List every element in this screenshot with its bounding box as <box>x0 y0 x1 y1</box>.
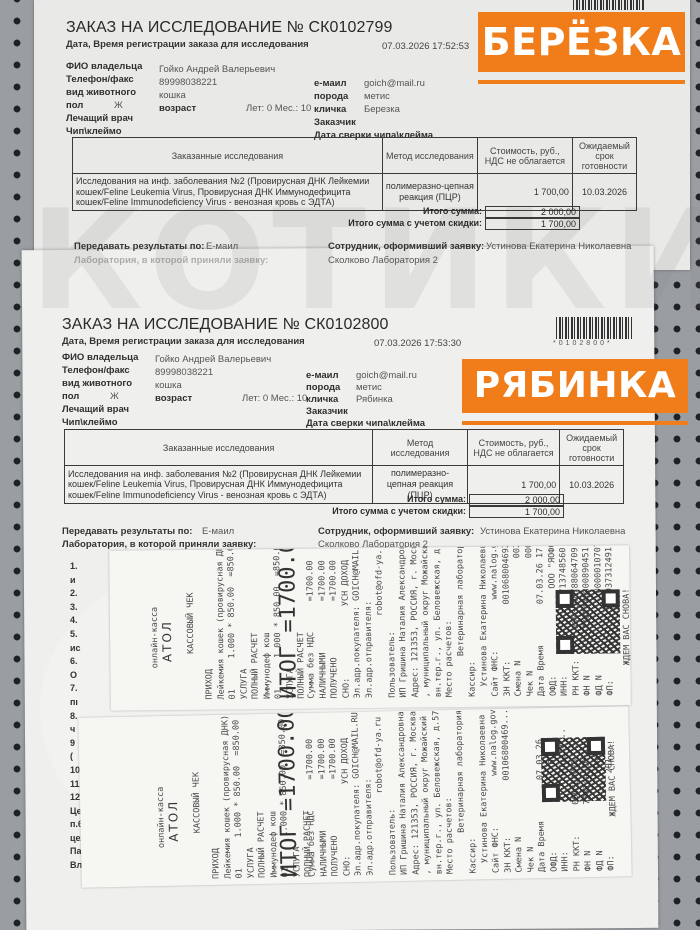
breed-label: порода <box>314 91 348 102</box>
col-header-method: Метод исследования <box>382 138 477 174</box>
customer-label: Заказчик <box>306 406 348 417</box>
study-ready-date: 10.03.2026 <box>560 466 624 504</box>
receipt-header-small: онлайн-касса <box>156 787 167 849</box>
pet-name-label: кличка <box>306 394 338 405</box>
banner-underline <box>462 421 688 425</box>
pet-name-banner-1: БЕРЁЗКА <box>478 12 685 72</box>
registration-datetime: 07.03.2026 17:52:53 <box>382 41 469 52</box>
total-value: 2 000,00 <box>469 494 564 506</box>
order-title: ЗАКАЗ НА ИССЛЕДОВАНИЕ № СК0102799 <box>66 19 393 37</box>
list-item: 1. <box>70 560 86 574</box>
sex-label: пол <box>62 391 79 402</box>
cash-receipt-1: онлайн-касса АТОЛ КАССОВЫЙ ЧЕК ПРИХОД Ле… <box>109 545 631 710</box>
list-item: пı <box>70 696 86 710</box>
chip-label: Чип\клеймо <box>66 126 122 137</box>
col-header-ready: Ожидаемый срок готовности <box>560 430 624 466</box>
orders-table: Заказанные исследования Метод исследован… <box>64 429 624 504</box>
total-value: 2 000,00 <box>485 206 580 218</box>
pet-name-value: Рябинка <box>356 394 393 405</box>
lab-label: Лаборатория, в которой приняли заявку: <box>62 539 256 550</box>
breed-value: метис <box>356 382 382 393</box>
pet-name-label: кличка <box>314 104 346 115</box>
receipt-qr-code <box>556 589 621 654</box>
breed-label: порода <box>306 382 340 393</box>
col-header-studies: Заказанные исследования <box>65 430 373 466</box>
study-ready-date: 10.03.2026 <box>572 174 636 211</box>
col-header-method: Метод исследования <box>373 430 468 466</box>
discount-total-value: 1 700,00 <box>485 218 580 230</box>
chip-date-label: Дата сверки чипа\клейма <box>306 418 425 429</box>
total-label: Итого сумма: <box>407 494 466 504</box>
sex-label: пол <box>66 100 83 111</box>
send-results-label: Передавать результаты по: <box>62 526 192 537</box>
phone-label: Телефон/факс <box>62 365 130 376</box>
receipt-total: ИТОГ =1700.00 <box>275 545 302 699</box>
registration-datetime: 07.03.2026 17:53:30 <box>374 338 461 349</box>
discount-total-value: 1 700,00 <box>469 506 564 518</box>
list-item: и <box>70 574 86 588</box>
study-price: 1 700,00 <box>477 174 572 211</box>
receipt-qr-code <box>541 737 606 802</box>
list-item: 4. <box>70 614 86 628</box>
receipt-thanks: ЖДЕМ ВАС СНОВА! <box>607 740 619 817</box>
employee-value: Устинова Екатерина Николаевна <box>486 241 631 252</box>
receipt-total: ИТОГ =1700.00 <box>274 706 303 877</box>
phone-label: Телефон/факс <box>66 74 134 85</box>
owner-value: Гойко Андрей Валерьевич <box>155 354 271 365</box>
sex-value: Ж <box>114 100 123 111</box>
banner-underline <box>478 80 685 84</box>
receipt-doc-type: КАССОВЫЙ ЧЕК <box>186 592 197 654</box>
age-value: Лет: 0 Мес.: 10 <box>242 393 307 404</box>
barcode-2 <box>556 317 632 339</box>
list-item: ис <box>70 642 86 656</box>
list-item: 3. <box>70 601 86 615</box>
receipt-brand: АТОЛ <box>166 800 181 842</box>
discount-total-label: Итого сумма с учетом скидки: <box>332 506 466 516</box>
total-label: Итого сумма: <box>423 206 482 216</box>
barcode-1 <box>573 0 645 10</box>
species-value: кошка <box>155 380 182 391</box>
email-value: goich@mail.ru <box>364 78 425 89</box>
cash-receipt-2: онлайн-касса АТОЛ КАССОВЫЙ ЧЕК ПРИХОД Ле… <box>78 706 631 887</box>
receipt-header-small: онлайн-касса <box>150 607 161 669</box>
registration-label: Дата, Время регистрации заказа для иссле… <box>66 39 309 50</box>
lab-label: Лаборатория, в которой приняли заявку: <box>74 255 268 266</box>
receipt-brand: АТОЛ <box>160 620 174 662</box>
send-results-value: Е-маил <box>206 241 238 252</box>
col-header-studies: Заказанные исследования <box>73 138 383 174</box>
list-item: 7. <box>70 682 86 696</box>
employee-value: Устинова Екатерина Николаевна <box>480 526 625 537</box>
study-method: полимеразно-цепная реакция (ПЦР) <box>382 174 477 211</box>
age-label: возраст <box>159 103 196 114</box>
owner-label: ФИО владельца <box>66 61 142 72</box>
totals-block: Итого сумма: 2 000,00 Итого сумма с учет… <box>62 494 564 524</box>
send-results-value: Е-маил <box>202 526 234 537</box>
species-label: вид животного <box>66 87 136 98</box>
owner-label: ФИО владельца <box>62 352 138 363</box>
breed-value: метис <box>364 91 390 102</box>
send-results-label: Передавать результаты по: <box>74 241 204 252</box>
col-header-price: Стоимость, руб., НДС не облагается <box>467 430 559 466</box>
email-label: е-маил <box>306 370 339 381</box>
email-label: е-маил <box>314 78 347 89</box>
list-item: 5. <box>70 628 86 642</box>
col-header-ready: Ожидаемый срок готовности <box>572 138 636 174</box>
age-label: возраст <box>155 393 192 404</box>
list-item: 2. <box>70 587 86 601</box>
customer-label: Заказчик <box>314 117 356 128</box>
vet-label: Лечащий врач <box>66 113 133 124</box>
registration-label: Дата, Время регистрации заказа для иссле… <box>62 336 305 347</box>
totals-block: Итого сумма: 2 000,00 Итого сумма с учет… <box>66 206 580 236</box>
species-value: кошка <box>159 90 186 101</box>
study-description: Исследования на инф. заболевания №2 (Про… <box>73 174 383 211</box>
sex-value: Ж <box>110 391 119 402</box>
vet-label: Лечащий врач <box>62 404 129 415</box>
pet-name-value: Березка <box>364 104 400 115</box>
phone-value: 89998038221 <box>155 367 213 378</box>
chip-label: Чип\клеймо <box>62 417 118 428</box>
employee-label: Сотрудник, оформивший заявку: <box>328 241 484 252</box>
table-row: Исследования на инф. заболевания №2 (Про… <box>73 174 637 211</box>
col-header-price: Стоимость, руб., НДС не облагается <box>477 138 572 174</box>
employee-label: Сотрудник, оформивший заявку: <box>318 526 474 537</box>
receipt-thanks: ЖДЕМ ВАС СНОВА! <box>622 588 631 665</box>
order-title: ЗАКАЗ НА ИССЛЕДОВАНИЕ № СК0102800 <box>62 316 389 334</box>
phone-value: 89998038221 <box>159 77 217 88</box>
pet-name-banner-2: РЯБИНКА <box>462 359 688 413</box>
discount-total-label: Итого сумма с учетом скидки: <box>348 218 482 228</box>
species-label: вид животного <box>62 378 132 389</box>
barcode-number: *0102800* <box>553 340 613 347</box>
lab-value: Сколково Лаборатория 2 <box>328 255 438 266</box>
age-value: Лет: 0 Мес.: 10 <box>246 103 311 114</box>
owner-value: Гойко Андрей Валерьевич <box>159 64 275 75</box>
list-item: О <box>70 669 86 683</box>
orders-table: Заказанные исследования Метод исследован… <box>72 137 637 211</box>
receipt-doc-type: КАССОВЫЙ ЧЕК <box>191 772 202 834</box>
email-value: goich@mail.ru <box>356 370 417 381</box>
list-item: 6. <box>70 655 86 669</box>
